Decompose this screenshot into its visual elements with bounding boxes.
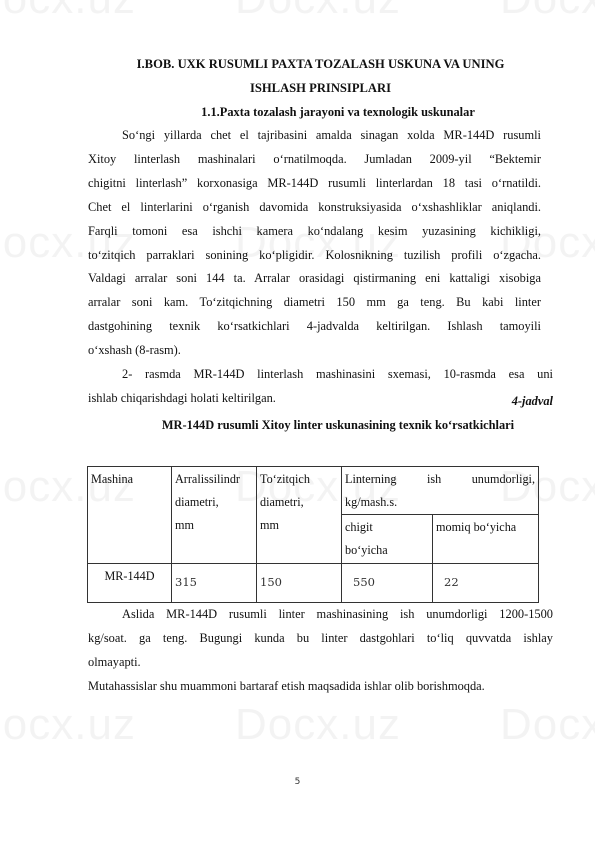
- text-line: kg/soat. ga teng. Bugungi kunda bu linte…: [88, 627, 553, 651]
- cell-by-seed: 550: [342, 564, 433, 603]
- header-saw-cylinder-diameter: Arralissilindr diametri, mm: [172, 467, 257, 564]
- watermark-text: Docx.uz: [235, 0, 401, 24]
- header-productivity: Linterning ish unumdorligi, kg/mash.s.: [342, 467, 539, 515]
- text-line: So‘ngi yillarda chet el tajribasini amal…: [88, 124, 541, 148]
- text-line: o‘xshash (8-rasm).: [88, 339, 541, 363]
- chapter-title-line1: I.BOB. UXK RUSUMLI PAXTA TOZALASH USKUNA…: [88, 52, 553, 76]
- text-line: 2- rasmda MR-144D linterlash mashinasini…: [88, 363, 553, 387]
- specs-table: Mashina Arralissilindr diametri, mm To‘z…: [87, 466, 539, 603]
- cell-by-lint: 22: [433, 564, 539, 603]
- text-line: to‘zitqich parraklari sonining ko‘pligid…: [88, 244, 541, 268]
- header-by-seed: chigit bo‘yicha: [342, 515, 433, 564]
- watermark-text: Docx.uz: [235, 700, 401, 750]
- cell-beater-diameter: 150: [257, 564, 342, 603]
- text-line: chigitni linterlash” korxonasiga MR-144D…: [88, 172, 541, 196]
- paragraph-specialists: Mutahassislar shu muammoni bartaraf etis…: [88, 675, 553, 699]
- chapter-title-line2: ISHLASH PRINSIPLARI: [88, 76, 553, 100]
- table-title: MR-144D rusumli Xitoy linter uskunasinin…: [88, 413, 588, 437]
- paragraph-productivity: Aslida MR-144D rusumli linter mashinasin…: [88, 603, 553, 675]
- cell-machine: MR-144D: [88, 564, 172, 603]
- header-by-lint: momiq bo‘yicha: [433, 515, 539, 564]
- paragraph-intro: So‘ngi yillarda chet el tajribasini amal…: [88, 124, 541, 363]
- cell-saw-cylinder-diameter: 315: [172, 564, 257, 603]
- text-line: arralar soni kam. To‘zitqichning diametr…: [88, 291, 541, 315]
- table-row: MR-144D 315 150 550 22: [88, 564, 539, 603]
- text-line: Farqli tomoni esa ishchi kamera ko‘ndala…: [88, 220, 541, 244]
- table-header-row: Mashina Arralissilindr diametri, mm To‘z…: [88, 467, 539, 515]
- text-line: dastgohining texnik ko‘rsatkichlari 4-ja…: [88, 315, 541, 339]
- section-title: 1.1.Paxta tozalash jarayoni va texnologi…: [88, 100, 588, 124]
- table-label: 4-jadval: [400, 389, 553, 413]
- text-line: Mutahassislar shu muammoni bartaraf etis…: [88, 675, 553, 699]
- watermark-text: Docx.uz: [500, 0, 595, 24]
- text-line: Xitoy linterlash mashinalari o‘rnatilmoq…: [88, 148, 541, 172]
- watermark-text: Docx.uz: [0, 700, 136, 750]
- text-line: Aslida MR-144D rusumli linter mashinasin…: [88, 603, 553, 627]
- header-beater-diameter: To‘zitqich diametri, mm: [257, 467, 342, 564]
- watermark-text: Docx.uz: [0, 0, 136, 24]
- page-number: 5: [0, 777, 595, 787]
- text-line: Chet el linterlarini o‘rganish davomida …: [88, 196, 541, 220]
- header-machine: Mashina: [88, 467, 172, 564]
- text-line: olmayapti.: [88, 651, 553, 675]
- text-line: Valdagi arralar soni 144 ta. Arralar ora…: [88, 267, 541, 291]
- watermark-text: Docx.uz: [500, 700, 595, 750]
